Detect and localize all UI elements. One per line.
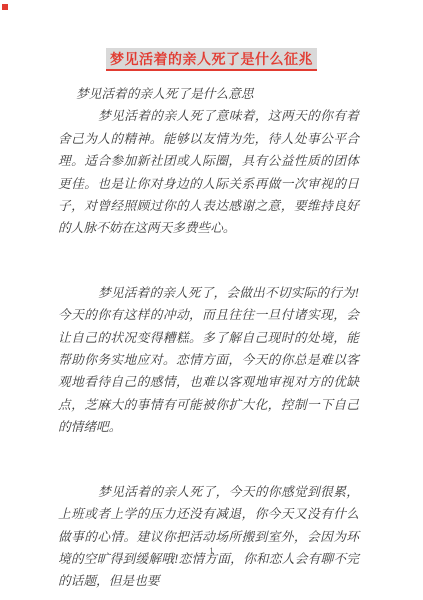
paragraph-3: 梦见活着的亲人死了，今天的你感觉到很累，上班或者上学的压力还没有减退，你今天又没…: [58, 481, 359, 593]
document-title: 梦见活着的亲人死了是什么征兆: [106, 48, 317, 71]
paragraph-2: 梦见活着的亲人死了，会做出不切实际的行为!今天的你有这样的冲动，而且往往一旦付诸…: [58, 282, 359, 439]
title-row: 梦见活着的亲人死了是什么征兆: [0, 48, 423, 71]
document-page: 梦见活着的亲人死了是什么征兆 梦见活着的亲人死了是什么意思 梦见活着的亲人死了意…: [0, 0, 423, 600]
document-body: 梦见活着的亲人死了是什么意思 梦见活着的亲人死了意味着，这两天的你有着舍己为人的…: [58, 83, 359, 593]
document-subtitle: 梦见活着的亲人死了是什么意思: [58, 83, 359, 105]
red-corner-mark: [2, 4, 8, 10]
paragraph-1: 梦见活着的亲人死了意味着，这两天的你有着舍己为人的精神。能够以友情为先，待人处事…: [58, 105, 359, 239]
page-number: 1: [0, 546, 423, 556]
